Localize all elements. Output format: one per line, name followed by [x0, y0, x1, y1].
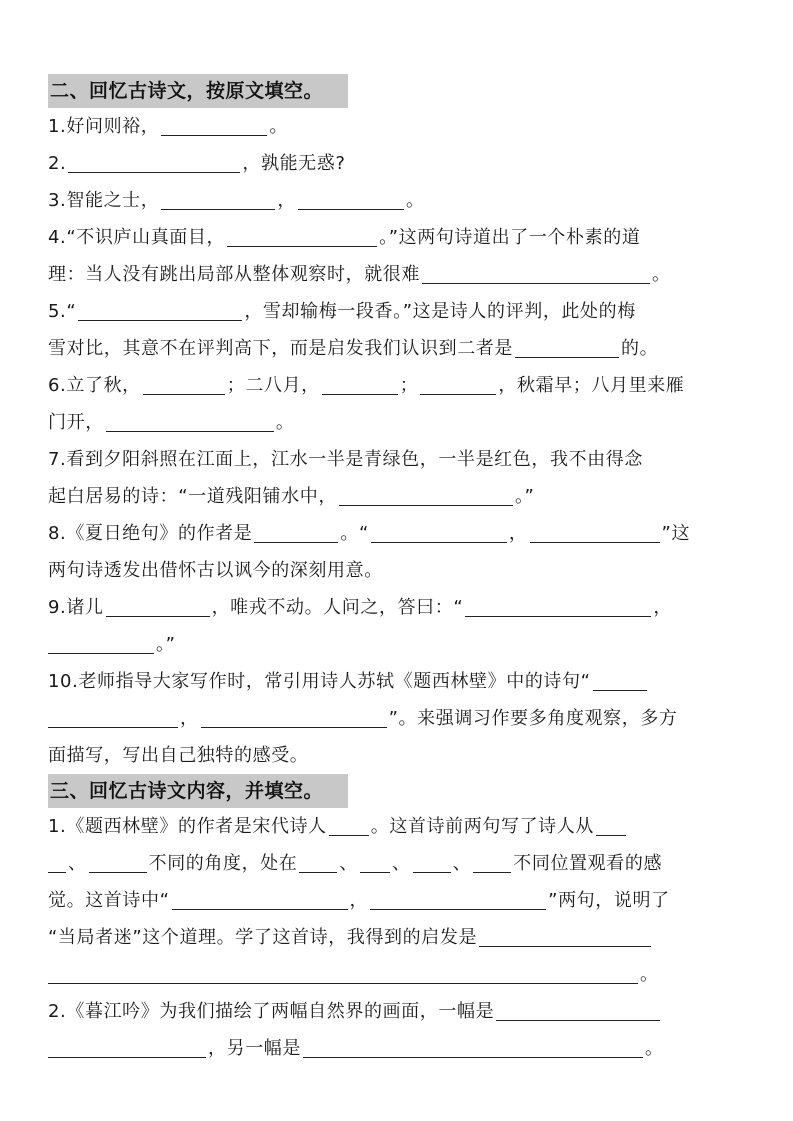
question-2-8-cont: 两句诗透发出借怀古以讽今的深刻用意。: [48, 552, 740, 589]
answer-blank[interactable]: [473, 850, 511, 873]
text: “: [66, 301, 76, 322]
text: 诸儿: [66, 597, 103, 618]
text: ，: [350, 890, 369, 911]
question-2-4: 4.“不识庐山真面目，。”这两句诗道出了一个朴素的道: [48, 219, 740, 256]
answer-blank[interactable]: [371, 520, 507, 543]
text: 《夏日绝句》的作者是: [66, 523, 252, 544]
question-3-1-cont: 、不同的角度，处在、、、不同位置观看的感: [48, 845, 740, 882]
text: ”。来强调习作要多角度观察，多方: [389, 708, 678, 729]
text: 理：当人没有跳出局部从整体观察时，就很难: [48, 264, 420, 285]
answer-blank[interactable]: [298, 187, 404, 210]
answer-blank[interactable]: [161, 187, 275, 210]
question-number: 9.: [48, 597, 66, 618]
text: ”这: [662, 523, 691, 544]
question-3-1: 1.《题西林壁》的作者是宋代诗人。这首诗前两句写了诗人从: [48, 808, 740, 845]
answer-blank[interactable]: [593, 668, 647, 691]
text: ；: [400, 375, 419, 396]
text: 雪对比，其意不在评判高下，而是启发我们认识到二者是: [48, 338, 513, 359]
answer-blank[interactable]: [78, 298, 242, 321]
text: 、: [392, 853, 411, 874]
text: 不同位置观看的感: [513, 853, 662, 874]
answer-blank[interactable]: [48, 850, 66, 873]
text: “不识庐山真面目，: [66, 227, 225, 248]
question-3-1-cont3: “当局者迷”这个道理。学了这首诗，我得到的启发是: [48, 919, 740, 956]
text: 《暮江吟》为我们描绘了两幅自然界的画面，一幅是: [66, 1001, 494, 1022]
question-2-5: 5.“，雪却输梅一段香。”这是诗人的评判，此处的梅: [48, 293, 740, 330]
section-2-heading: 二、回忆古诗文，按原文填空。: [48, 74, 348, 108]
text: 觉。这首诗中“: [48, 890, 170, 911]
answer-blank[interactable]: [201, 705, 387, 728]
answer-blank[interactable]: [515, 335, 619, 358]
answer-blank[interactable]: [48, 961, 638, 984]
question-3-2-cont: ，另一幅是。: [48, 1030, 740, 1067]
question-2-5-cont: 雪对比，其意不在评判高下，而是启发我们认识到二者是的。: [48, 330, 740, 367]
text: 。: [652, 264, 671, 285]
question-2-6-cont: 门开，。: [48, 404, 740, 441]
section-3-heading: 三、回忆古诗文内容，并填空。: [48, 774, 348, 808]
text: ，孰能无惑?: [242, 153, 345, 174]
text: ，: [653, 597, 672, 618]
answer-blank[interactable]: [299, 850, 337, 873]
text: 。“: [340, 523, 369, 544]
answer-blank[interactable]: [48, 1035, 206, 1058]
text: 、: [68, 853, 87, 874]
answer-blank[interactable]: [89, 850, 147, 873]
worksheet-page: 二、回忆古诗文，按原文填空。 1.好问则裕，。 2.，孰能无惑? 3.智能之士，…: [48, 74, 740, 1067]
question-number: 10.: [48, 671, 78, 692]
text: ，唯戎不动。人问之，答曰：“: [212, 597, 464, 618]
question-number: 1.: [48, 816, 66, 837]
answer-blank[interactable]: [420, 372, 496, 395]
text: 。”: [515, 486, 535, 507]
question-2-7: 7.看到夕阳斜照在江面上，江水一半是青绿色，一半是红色，我不由得念: [48, 441, 740, 478]
text: 不同的角度，处在: [149, 853, 298, 874]
question-number: 7.: [48, 449, 66, 470]
answer-blank[interactable]: [227, 224, 377, 247]
question-number: 8.: [48, 523, 66, 544]
text: ；二八月，: [227, 375, 320, 396]
answer-blank[interactable]: [172, 887, 348, 910]
question-2-3: 3.智能之士，，。: [48, 182, 740, 219]
text: 。这首诗前两句写了诗人从: [371, 816, 594, 837]
question-2-10: 10.老师指导大家写作时，常引用诗人苏轼《题西林壁》中的诗句“: [48, 663, 740, 700]
question-number: 2.: [48, 153, 66, 174]
answer-blank[interactable]: [106, 594, 210, 617]
question-number: 6.: [48, 375, 66, 396]
answer-blank[interactable]: [413, 850, 451, 873]
text: 《题西林壁》的作者是宋代诗人: [66, 816, 326, 837]
answer-blank[interactable]: [329, 813, 369, 836]
text: 门开，: [48, 412, 104, 433]
text: 好问则裕，: [66, 116, 159, 137]
text: 、: [453, 853, 472, 874]
question-2-7-cont: 起白居易的诗：“一道残阳铺水中，。”: [48, 478, 740, 515]
answer-blank[interactable]: [339, 483, 513, 506]
question-2-10-cont2: 面描写，写出自己独特的感受。: [48, 737, 740, 774]
question-2-9: 9.诸儿，唯戎不动。人问之，答曰：“，: [48, 589, 740, 626]
question-2-8: 8.《夏日绝句》的作者是。“，”这: [48, 515, 740, 552]
answer-blank[interactable]: [303, 1035, 643, 1058]
text: 。: [645, 1038, 664, 1059]
answer-blank[interactable]: [161, 113, 267, 136]
text: 。”这两句诗道出了一个朴素的道: [379, 227, 640, 248]
question-2-2: 2.，孰能无惑?: [48, 145, 740, 182]
text: “当局者迷”这个道理。学了这首诗，我得到的启发是: [48, 927, 477, 948]
text: ，另一幅是: [208, 1038, 301, 1059]
answer-blank[interactable]: [68, 150, 240, 173]
question-number: 4.: [48, 227, 66, 248]
answer-blank[interactable]: [254, 520, 338, 543]
answer-blank[interactable]: [48, 631, 154, 654]
question-3-1-cont2: 觉。这首诗中“，”两句，说明了: [48, 882, 740, 919]
answer-blank[interactable]: [465, 594, 651, 617]
answer-blank[interactable]: [48, 705, 178, 728]
text: ，雪却输梅一段香。”这是诗人的评判，此处的梅: [244, 301, 636, 322]
answer-blank[interactable]: [360, 850, 390, 873]
answer-blank[interactable]: [596, 813, 626, 836]
question-3-2: 2.《暮江吟》为我们描绘了两幅自然界的画面，一幅是: [48, 993, 740, 1030]
question-number: 1.: [48, 116, 66, 137]
text: 的。: [621, 338, 658, 359]
answer-blank[interactable]: [106, 409, 274, 432]
question-2-4-cont: 理：当人没有跳出局部从整体观察时，就很难。: [48, 256, 740, 293]
text: 起白居易的诗：“一道残阳铺水中，: [48, 486, 337, 507]
question-2-10-cont: ，”。来强调习作要多角度观察，多方: [48, 700, 740, 737]
text: 。: [640, 964, 659, 985]
answer-blank[interactable]: [422, 261, 650, 284]
text: ，: [277, 190, 296, 211]
question-number: 2.: [48, 1001, 66, 1022]
answer-blank[interactable]: [370, 887, 546, 910]
text: ，秋霜早；八月里来雁: [498, 375, 684, 396]
question-2-6: 6.立了秋，；二八月，；，秋霜早；八月里来雁: [48, 367, 740, 404]
answer-blank[interactable]: [479, 924, 651, 947]
text: 立了秋，: [66, 375, 140, 396]
answer-blank[interactable]: [322, 372, 398, 395]
text: ，: [180, 708, 199, 729]
text: 看到夕阳斜照在江面上，江水一半是青绿色，一半是红色，我不由得念: [66, 449, 643, 470]
question-number: 3.: [48, 190, 66, 211]
answer-blank[interactable]: [530, 520, 660, 543]
answer-blank[interactable]: [496, 998, 660, 1021]
question-2-1: 1.好问则裕，。: [48, 108, 740, 145]
question-number: 5.: [48, 301, 66, 322]
answer-blank[interactable]: [143, 372, 225, 395]
question-3-1-cont4: 。: [48, 956, 740, 993]
text: 。: [276, 412, 295, 433]
text: 面描写，写出自己独特的感受。: [48, 745, 308, 766]
text: 。”: [156, 634, 176, 655]
text: 老师指导大家写作时，常引用诗人苏轼《题西林壁》中的诗句“: [78, 671, 590, 692]
text: ”两句，说明了: [548, 890, 670, 911]
text: ，: [509, 523, 528, 544]
text: 、: [339, 853, 358, 874]
text: 。: [406, 190, 425, 211]
text: 两句诗透发出借怀古以讽今的深刻用意。: [48, 560, 383, 581]
text: 智能之士，: [66, 190, 159, 211]
question-2-9-cont: 。”: [48, 626, 740, 663]
text: 。: [269, 116, 288, 137]
